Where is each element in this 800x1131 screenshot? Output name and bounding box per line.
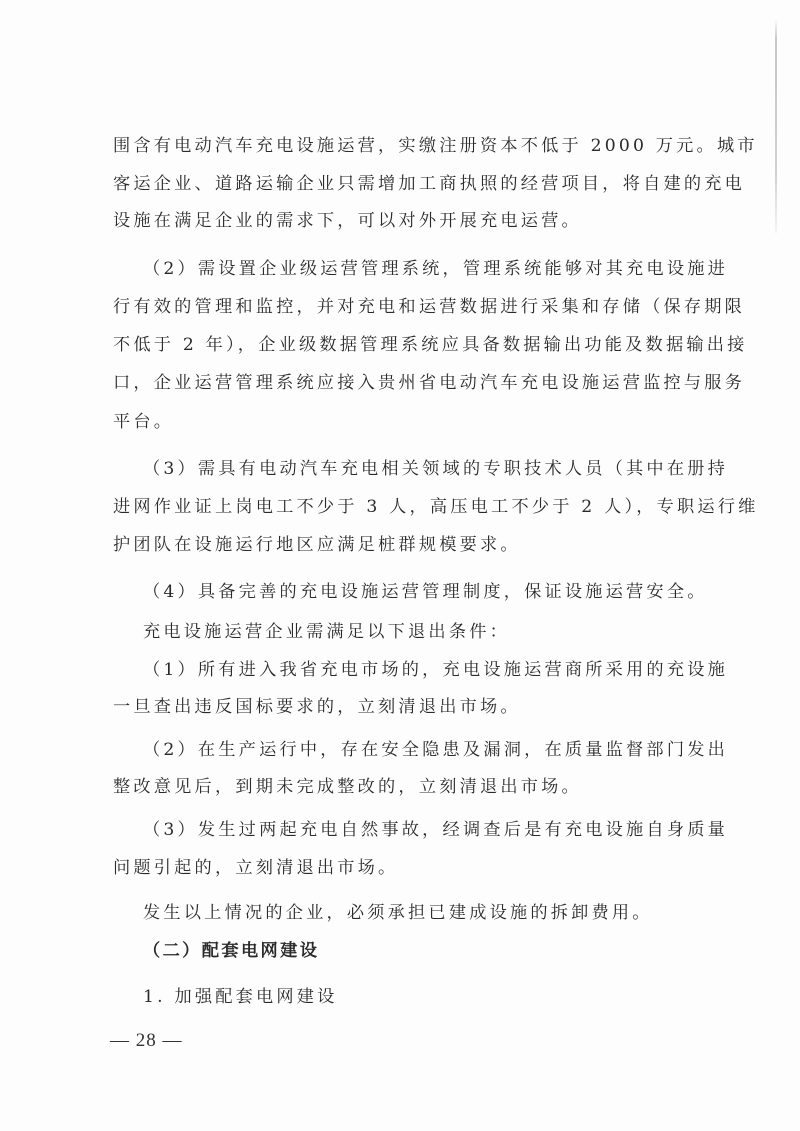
text-line: 平台。 xyxy=(113,411,174,433)
subsection-heading: 1. 加强配套电网建设 xyxy=(143,986,338,1008)
text-line: 口，企业运营管理系统应接入贵州省电动汽车充电设施运营监控与服务 xyxy=(113,372,745,394)
text-line: 整改意见后，到期未完成整改的，立刻清退出市场。 xyxy=(113,776,582,798)
text-line: （3）发生过两起充电自然事故，经调查后是有充电设施自身质量 xyxy=(143,819,728,841)
text-line: 护团队在设施运行地区应满足桩群规模要求。 xyxy=(113,534,521,556)
text-line: （2）在生产运行中，存在安全隐患及漏洞，在质量监督部门发出 xyxy=(143,739,728,761)
scan-edge-line xyxy=(775,18,777,233)
text-line: （3）需具有电动汽车充电相关领域的专职技术人员（其中在册持 xyxy=(143,458,728,480)
section-heading: （二）配套电网建设 xyxy=(143,940,319,962)
text-line: 不低于 2 年），企业级数据管理系统应具备数据输出功能及数据输出接 xyxy=(113,334,748,356)
text-line: （4）具备完善的充电设施运营管理制度，保证设施运营安全。 xyxy=(143,581,708,603)
text-line: （1）所有进入我省充电市场的，充电设施运营商所采用的充设施 xyxy=(143,659,728,681)
text-line: 行有效的管理和监控，并对充电和运营数据进行采集和存储（保存期限 xyxy=(113,296,745,318)
text-line: 设施在满足企业的需求下，可以对外开展充电运营。 xyxy=(113,210,582,232)
text-line: 客运企业、道路运输企业只需增加工商执照的经营项目，将自建的充电 xyxy=(113,173,745,195)
text-line: 一旦查出违反国标要求的，立刻清退出市场。 xyxy=(113,696,521,718)
text-line: 充电设施运营企业需满足以下退出条件： xyxy=(143,621,510,643)
text-line: 问题引起的，立刻清退出市场。 xyxy=(113,857,398,879)
text-line: （2）需设置企业级运营管理系统，管理系统能够对其充电设施进 xyxy=(143,258,728,280)
text-line: 围含有电动汽车充电设施运营，实缴注册资本不低于 2000 万元。城市 xyxy=(113,135,758,157)
text-line: 发生以上情况的企业，必须承担已建成设施的拆卸费用。 xyxy=(143,902,653,924)
text-line: 进网作业证上岗电工不少于 3 人，高压电工不少于 2 人），专职运行维 xyxy=(113,496,759,518)
page-number: — 28 — xyxy=(110,1030,183,1052)
